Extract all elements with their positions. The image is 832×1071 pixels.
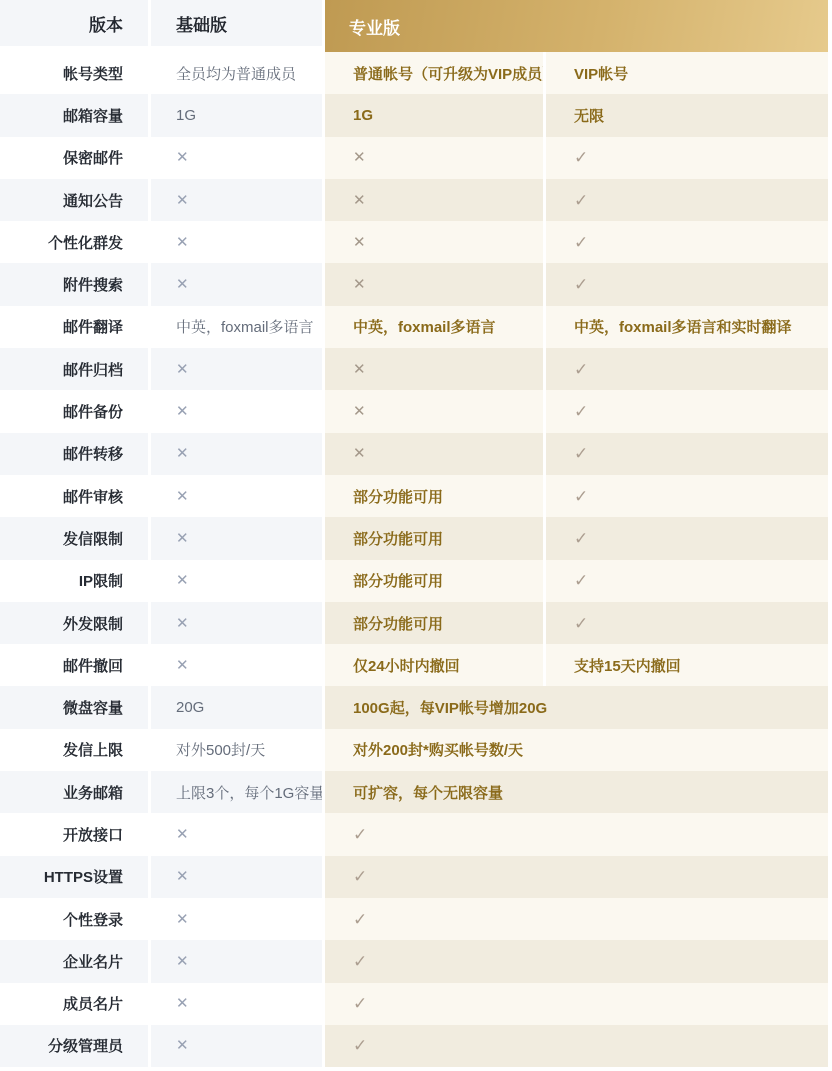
feature-label-cell: 邮件审核 xyxy=(0,475,148,517)
check-icon: ✓ xyxy=(574,276,588,293)
feature-label: 外发限制 xyxy=(63,613,123,634)
feature-value: 中英，foxmail多语言和实时翻译 xyxy=(574,316,792,337)
feature-label-cell: 开放接口 xyxy=(0,813,148,855)
pro-vip-account-cell: VIP帐号 xyxy=(546,52,828,94)
pro-vip-account-cell: 支持15天内撤回 xyxy=(546,644,828,686)
basic-plan-cell: 全员均为普通成员 xyxy=(151,52,322,94)
basic-plan-cell: ✕ xyxy=(151,390,322,432)
pro-plan-span-cell: ✓ xyxy=(325,1025,828,1067)
pro-normal-account-cell: 仅24小时内撤回 xyxy=(325,644,543,686)
feature-label-cell: 成员名片 xyxy=(0,983,148,1025)
pro-normal-account-cell: 部分功能可用 xyxy=(325,475,543,517)
pro-normal-account-cell: 部分功能可用 xyxy=(325,517,543,559)
pro-vip-account-cell: ✓ xyxy=(546,560,828,602)
feature-value: 上限3个，每个1G容量 xyxy=(176,782,322,803)
check-icon: ✓ xyxy=(353,995,367,1012)
header-basic-label: 基础版 xyxy=(176,11,227,36)
feature-value: 100G起，每VIP帐号增加20G xyxy=(353,697,547,718)
feature-label-cell: 微盘容量 xyxy=(0,686,148,728)
cross-icon: ✕ xyxy=(176,869,189,884)
feature-label-cell: 邮件翻译 xyxy=(0,306,148,348)
feature-row: 外发限制✕部分功能可用✓ xyxy=(0,602,828,644)
check-icon: ✓ xyxy=(574,445,588,462)
basic-plan-cell: ✕ xyxy=(151,560,322,602)
table-body: 帐号类型全员均为普通成员普通帐号（可升级为VIP成员）VIP帐号邮箱容量1G1G… xyxy=(0,52,828,1067)
feature-label: 个性化群发 xyxy=(48,232,123,253)
feature-label-cell: 邮件归档 xyxy=(0,348,148,390)
feature-label: 邮件归档 xyxy=(63,359,123,380)
feature-row: 邮件转移✕✕✓ xyxy=(0,433,828,475)
feature-label: 发信限制 xyxy=(63,528,123,549)
cross-icon: ✕ xyxy=(353,235,366,250)
feature-row: 邮件审核✕部分功能可用✓ xyxy=(0,475,828,517)
cross-icon: ✕ xyxy=(176,912,189,927)
pro-normal-account-cell: ✕ xyxy=(325,433,543,475)
feature-label-cell: IP限制 xyxy=(0,560,148,602)
feature-label-cell: 外发限制 xyxy=(0,602,148,644)
pro-vip-account-cell: ✓ xyxy=(546,137,828,179)
feature-value: 支持15天内撤回 xyxy=(574,655,681,676)
basic-plan-cell: ✕ xyxy=(151,221,322,263)
cross-icon: ✕ xyxy=(353,277,366,292)
basic-plan-cell: 上限3个，每个1G容量 xyxy=(151,771,322,813)
basic-plan-cell: ✕ xyxy=(151,813,322,855)
basic-plan-cell: ✕ xyxy=(151,602,322,644)
basic-plan-cell: ✕ xyxy=(151,940,322,982)
feature-label-cell: 邮件备份 xyxy=(0,390,148,432)
header-version-label: 版本 xyxy=(89,11,123,36)
feature-label-cell: 业务邮箱 xyxy=(0,771,148,813)
feature-value: 部分功能可用 xyxy=(353,486,443,507)
cross-icon: ✕ xyxy=(176,277,189,292)
cross-icon: ✕ xyxy=(353,193,366,208)
feature-row: 邮件备份✕✕✓ xyxy=(0,390,828,432)
feature-label: 个性登录 xyxy=(63,909,123,930)
feature-label: 通知公告 xyxy=(63,190,123,211)
pro-plan-span-cell: ✓ xyxy=(325,898,828,940)
check-icon: ✓ xyxy=(574,403,588,420)
pro-vip-account-cell: ✓ xyxy=(546,433,828,475)
check-icon: ✓ xyxy=(574,149,588,166)
pro-normal-account-cell: ✕ xyxy=(325,179,543,221)
check-icon: ✓ xyxy=(353,953,367,970)
pro-normal-account-cell: ✕ xyxy=(325,137,543,179)
feature-row: 邮件撤回✕仅24小时内撤回支持15天内撤回 xyxy=(0,644,828,686)
feature-label: 微盘容量 xyxy=(63,697,123,718)
feature-row: 分级管理员✕✓ xyxy=(0,1025,828,1067)
pro-vip-account-cell: ✓ xyxy=(546,179,828,221)
cross-icon: ✕ xyxy=(176,446,189,461)
cross-icon: ✕ xyxy=(176,150,189,165)
basic-plan-cell: ✕ xyxy=(151,644,322,686)
check-icon: ✓ xyxy=(353,826,367,843)
table-header-row: 版本 基础版 专业版 xyxy=(0,0,828,52)
pro-vip-account-cell: ✓ xyxy=(546,348,828,390)
basic-plan-cell: ✕ xyxy=(151,983,322,1025)
header-pro-plan: 专业版 xyxy=(325,0,828,52)
pro-plan-span-cell: 可扩容，每个无限容量 xyxy=(325,771,828,813)
pro-normal-account-cell: 中英，foxmail多语言 xyxy=(325,306,543,348)
feature-row: 开放接口✕✓ xyxy=(0,813,828,855)
feature-value: 部分功能可用 xyxy=(353,613,443,634)
cross-icon: ✕ xyxy=(176,954,189,969)
cross-icon: ✕ xyxy=(353,150,366,165)
feature-row: 邮件翻译中英，foxmail多语言中英，foxmail多语言中英，foxmail… xyxy=(0,306,828,348)
feature-value: 可扩容，每个无限容量 xyxy=(353,782,503,803)
cross-icon: ✕ xyxy=(176,193,189,208)
feature-value: 20G xyxy=(176,699,204,716)
feature-label: 帐号类型 xyxy=(63,63,123,84)
feature-row: 成员名片✕✓ xyxy=(0,983,828,1025)
feature-row: 邮箱容量1G1G无限 xyxy=(0,94,828,136)
pro-plan-span-cell: ✓ xyxy=(325,856,828,898)
basic-plan-cell: ✕ xyxy=(151,898,322,940)
feature-value: 部分功能可用 xyxy=(353,528,443,549)
basic-plan-cell: ✕ xyxy=(151,1025,322,1067)
feature-value: 对外200封*购买帐号数/天 xyxy=(353,739,523,760)
cross-icon: ✕ xyxy=(353,446,366,461)
feature-row: 保密邮件✕✕✓ xyxy=(0,137,828,179)
feature-value: 普通帐号（可升级为VIP成员） xyxy=(353,63,543,84)
feature-label: 企业名片 xyxy=(63,951,123,972)
cross-icon: ✕ xyxy=(176,1038,189,1053)
basic-plan-cell: ✕ xyxy=(151,433,322,475)
basic-plan-cell: ✕ xyxy=(151,179,322,221)
check-icon: ✓ xyxy=(574,192,588,209)
check-icon: ✓ xyxy=(574,488,588,505)
feature-label-cell: 发信上限 xyxy=(0,729,148,771)
basic-plan-cell: 对外500封/天 xyxy=(151,729,322,771)
pro-vip-account-cell: ✓ xyxy=(546,390,828,432)
feature-value: 中英，foxmail多语言 xyxy=(176,316,314,337)
feature-value: 中英，foxmail多语言 xyxy=(353,316,496,337)
basic-plan-cell: ✕ xyxy=(151,475,322,517)
basic-plan-cell: ✕ xyxy=(151,137,322,179)
pro-normal-account-cell: ✕ xyxy=(325,390,543,432)
pro-vip-account-cell: ✓ xyxy=(546,517,828,559)
pro-plan-span-cell: ✓ xyxy=(325,983,828,1025)
feature-label-cell: 个性化群发 xyxy=(0,221,148,263)
feature-value: 全员均为普通成员 xyxy=(176,63,296,84)
pro-vip-account-cell: ✓ xyxy=(546,221,828,263)
cross-icon: ✕ xyxy=(176,531,189,546)
feature-label: 附件搜索 xyxy=(63,274,123,295)
feature-row: 个性登录✕✓ xyxy=(0,898,828,940)
feature-value: VIP帐号 xyxy=(574,63,628,84)
cross-icon: ✕ xyxy=(353,362,366,377)
pro-normal-account-cell: ✕ xyxy=(325,221,543,263)
pro-vip-account-cell: 中英，foxmail多语言和实时翻译 xyxy=(546,306,828,348)
feature-row: 通知公告✕✕✓ xyxy=(0,179,828,221)
check-icon: ✓ xyxy=(574,234,588,251)
feature-label: 业务邮箱 xyxy=(63,782,123,803)
feature-row: 个性化群发✕✕✓ xyxy=(0,221,828,263)
feature-label: HTTPS设置 xyxy=(44,866,123,887)
check-icon: ✓ xyxy=(574,530,588,547)
basic-plan-cell: 中英，foxmail多语言 xyxy=(151,306,322,348)
pro-vip-account-cell: ✓ xyxy=(546,475,828,517)
pro-normal-account-cell: ✕ xyxy=(325,348,543,390)
feature-label: 邮件审核 xyxy=(63,486,123,507)
feature-label: 保密邮件 xyxy=(63,147,123,168)
feature-label: 邮件撤回 xyxy=(63,655,123,676)
feature-label-cell: 保密邮件 xyxy=(0,137,148,179)
cross-icon: ✕ xyxy=(176,996,189,1011)
feature-label: 邮件备份 xyxy=(63,401,123,422)
pro-plan-span-cell: ✓ xyxy=(325,813,828,855)
feature-row: 业务邮箱上限3个，每个1G容量可扩容，每个无限容量 xyxy=(0,771,828,813)
pro-normal-account-cell: 部分功能可用 xyxy=(325,602,543,644)
cross-icon: ✕ xyxy=(176,827,189,842)
feature-row: 附件搜索✕✕✓ xyxy=(0,263,828,305)
check-icon: ✓ xyxy=(574,572,588,589)
feature-label: 邮件翻译 xyxy=(63,316,123,337)
feature-row: 发信上限对外500封/天对外200封*购买帐号数/天 xyxy=(0,729,828,771)
feature-label-cell: 邮件转移 xyxy=(0,433,148,475)
cross-icon: ✕ xyxy=(176,616,189,631)
pro-normal-account-cell: ✕ xyxy=(325,263,543,305)
plan-comparison-table: 版本 基础版 专业版 帐号类型全员均为普通成员普通帐号（可升级为VIP成员）VI… xyxy=(0,0,828,1067)
pro-plan-span-cell: 对外200封*购买帐号数/天 xyxy=(325,729,828,771)
cross-icon: ✕ xyxy=(176,489,189,504)
header-basic-plan: 基础版 xyxy=(151,0,322,46)
feature-row: 邮件归档✕✕✓ xyxy=(0,348,828,390)
feature-label-cell: 分级管理员 xyxy=(0,1025,148,1067)
feature-row: HTTPS设置✕✓ xyxy=(0,856,828,898)
feature-row: 微盘容量20G100G起，每VIP帐号增加20G xyxy=(0,686,828,728)
cross-icon: ✕ xyxy=(176,235,189,250)
header-pro-label: 专业版 xyxy=(349,14,400,39)
pro-vip-account-cell: 无限 xyxy=(546,94,828,136)
feature-label: IP限制 xyxy=(79,570,123,591)
feature-label: 发信上限 xyxy=(63,739,123,760)
feature-label-cell: 邮箱容量 xyxy=(0,94,148,136)
feature-label-cell: 附件搜索 xyxy=(0,263,148,305)
feature-row: 企业名片✕✓ xyxy=(0,940,828,982)
basic-plan-cell: 20G xyxy=(151,686,322,728)
cross-icon: ✕ xyxy=(176,573,189,588)
header-version-column: 版本 xyxy=(0,0,148,46)
feature-row: 帐号类型全员均为普通成员普通帐号（可升级为VIP成员）VIP帐号 xyxy=(0,52,828,94)
pro-plan-span-cell: ✓ xyxy=(325,940,828,982)
feature-value: 部分功能可用 xyxy=(353,570,443,591)
feature-label: 分级管理员 xyxy=(48,1035,123,1056)
basic-plan-cell: ✕ xyxy=(151,263,322,305)
basic-plan-cell: ✕ xyxy=(151,517,322,559)
feature-label: 成员名片 xyxy=(63,993,123,1014)
feature-label-cell: 通知公告 xyxy=(0,179,148,221)
feature-row: IP限制✕部分功能可用✓ xyxy=(0,560,828,602)
feature-value: 对外500封/天 xyxy=(176,739,265,760)
pro-vip-account-cell: ✓ xyxy=(546,602,828,644)
basic-plan-cell: 1G xyxy=(151,94,322,136)
pro-normal-account-cell: 部分功能可用 xyxy=(325,560,543,602)
check-icon: ✓ xyxy=(353,868,367,885)
feature-label: 邮箱容量 xyxy=(63,105,123,126)
check-icon: ✓ xyxy=(574,361,588,378)
basic-plan-cell: ✕ xyxy=(151,348,322,390)
basic-plan-cell: ✕ xyxy=(151,856,322,898)
cross-icon: ✕ xyxy=(176,658,189,673)
pro-normal-account-cell: 1G xyxy=(325,94,543,136)
feature-label: 邮件转移 xyxy=(63,443,123,464)
feature-label-cell: 发信限制 xyxy=(0,517,148,559)
check-icon: ✓ xyxy=(353,1037,367,1054)
cross-icon: ✕ xyxy=(176,362,189,377)
feature-label-cell: 帐号类型 xyxy=(0,52,148,94)
pro-vip-account-cell: ✓ xyxy=(546,263,828,305)
feature-row: 发信限制✕部分功能可用✓ xyxy=(0,517,828,559)
feature-value: 仅24小时内撤回 xyxy=(353,655,460,676)
cross-icon: ✕ xyxy=(176,404,189,419)
pro-normal-account-cell: 普通帐号（可升级为VIP成员） xyxy=(325,52,543,94)
cross-icon: ✕ xyxy=(353,404,366,419)
feature-value: 无限 xyxy=(574,105,604,126)
check-icon: ✓ xyxy=(574,615,588,632)
check-icon: ✓ xyxy=(353,911,367,928)
feature-label-cell: 企业名片 xyxy=(0,940,148,982)
feature-label-cell: 邮件撤回 xyxy=(0,644,148,686)
feature-label: 开放接口 xyxy=(63,824,123,845)
pro-plan-span-cell: 100G起，每VIP帐号增加20G xyxy=(325,686,828,728)
feature-value: 1G xyxy=(353,107,373,124)
feature-label-cell: HTTPS设置 xyxy=(0,856,148,898)
feature-label-cell: 个性登录 xyxy=(0,898,148,940)
feature-value: 1G xyxy=(176,107,196,124)
